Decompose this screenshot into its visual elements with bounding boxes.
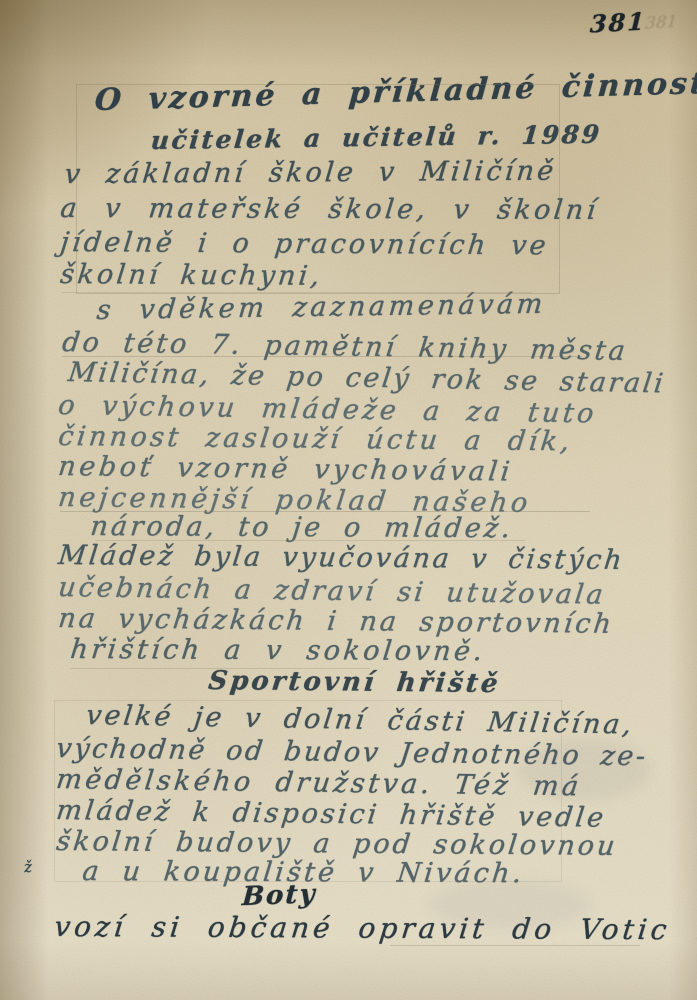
title-line: učitelek a učitelů r. 1989: [150, 122, 603, 153]
handwritten-line: Mládež byla vyučována v čistých: [57, 542, 626, 574]
chronicle-page: 381 381 ž O vzorné a příkladné činnostiu…: [0, 0, 697, 1000]
handwritten-line: školní budovy a pod sokolovnou: [55, 828, 619, 860]
handwritten-line: v základní škole v Miličíně: [63, 158, 557, 188]
handwritten-line: vozí si občané opravit do Votic .: [53, 913, 697, 944]
handwritten-line: neboť vzorně vychovávali: [57, 453, 515, 486]
page-number: 381: [589, 6, 647, 38]
handwriting-layer: 381 381 ž O vzorné a příkladné činnostiu…: [0, 0, 697, 1000]
handwritten-line: velké je v dolní části Miličína,: [85, 702, 636, 739]
handwritten-line: s vděkem zaznamenávám: [96, 291, 548, 324]
section-heading: Sportovní hřiště: [207, 668, 502, 697]
ghost-page-number: 381: [644, 12, 678, 34]
margin-note: ž: [23, 858, 32, 877]
handwritten-line: na vycházkách i na sportovních: [57, 605, 616, 638]
handwritten-line: činnost zaslouží úctu a dík,: [57, 423, 574, 455]
title-line: O vzorné a příkladné činnosti: [94, 69, 697, 117]
handwritten-line: hřištích a v sokolovně.: [69, 636, 487, 665]
handwritten-line: a v mateřské škole, v školní: [59, 195, 600, 224]
handwritten-line: školní kuchyni,: [59, 261, 324, 290]
handwritten-line: národa, to je o mládež.: [89, 513, 515, 542]
handwritten-line: jídelně i o pracovnících ve: [59, 229, 550, 259]
section-heading: Boty: [241, 881, 317, 910]
